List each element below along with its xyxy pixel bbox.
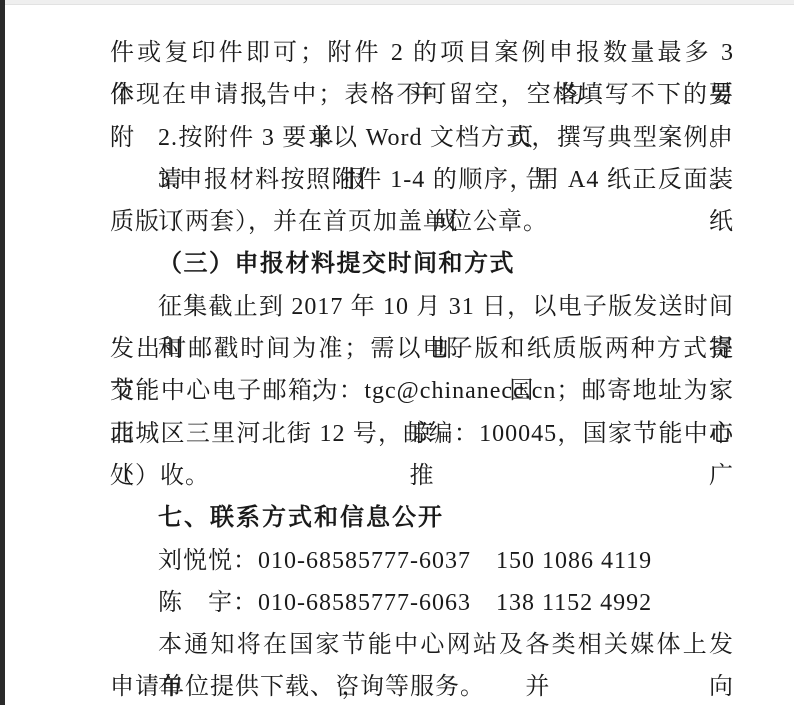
document-page: 件或复印件即可；附件 2 的项目案例申报数量最多 3 个，并均要体现在申请报告中… [0, 0, 794, 705]
top-divider [5, 0, 794, 5]
document-line: 七、联系方式和信息公开 [110, 497, 734, 539]
document-line: 本通知将在国家节能中心网站及各类相关媒体上发布，并向 [110, 624, 734, 666]
document-line: 体现在申请报告中；表格不可留空，空格填写不下的另附单页。 [110, 74, 734, 116]
document-line: 件或复印件即可；附件 2 的项目案例申报数量最多 3 个，并均要 [110, 32, 734, 74]
document-lines: 件或复印件即可；附件 2 的项目案例申报数量最多 3 个，并均要体现在申请报告中… [110, 32, 734, 705]
document-line: 节能中心电子邮箱为：tgc@chinanecc.cn；邮寄地址为：北京市 [110, 370, 734, 412]
document-line: 征集截止到 2017 年 10 月 31 日，以电子版发送时间和邮寄 [110, 286, 734, 328]
document-line: 发出时邮戳时间为准；需以电子版和纸质版两种方式提交；国家 [110, 328, 734, 370]
window-left-edge [0, 0, 5, 705]
document-line: （三）申报材料提交时间和方式 [110, 243, 734, 285]
document-line: 西城区三里河北街 12 号，邮编：100045，国家节能中心（推广 [110, 413, 734, 455]
document-line: 3.申报材料按照附件 1-4 的顺序，用 A4 纸正反面装订成纸 [110, 159, 734, 201]
document-line: 陈 宇：010-68585777-6063 138 1152 4992 [110, 582, 734, 624]
document-line: 刘悦悦：010-68585777-6037 150 1086 4119 [110, 540, 734, 582]
document-line: 2.按附件 3 要求以 Word 文档方式，撰写典型案例申请报告。 [110, 117, 734, 159]
